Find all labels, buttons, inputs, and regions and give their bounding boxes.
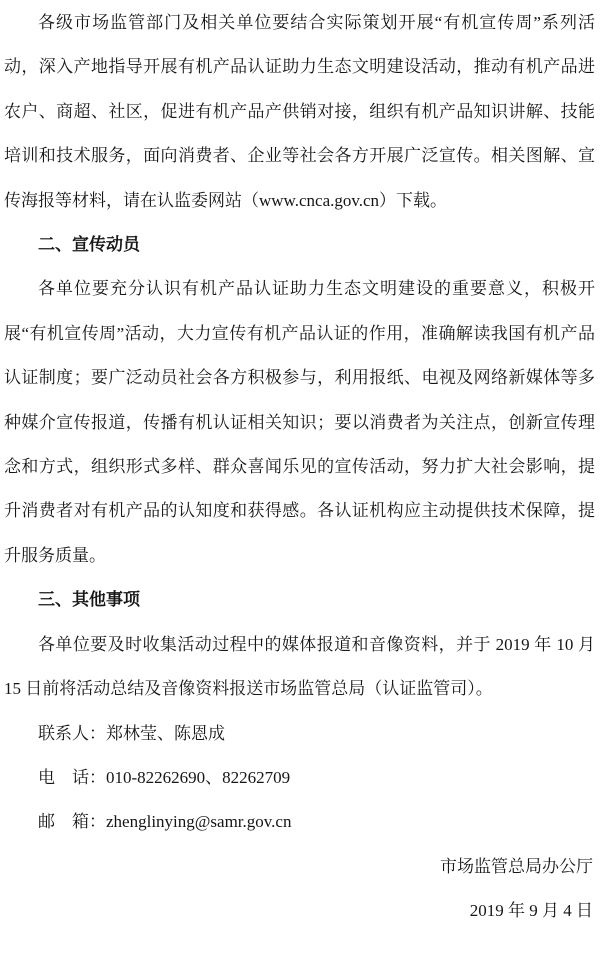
signature-organization: 市场监管总局办公厅 xyxy=(4,845,595,889)
section-2-body: 各单位要充分认识有机产品认证助力生态文明建设的重要意义，积极开展“有机宣传周”活… xyxy=(4,267,595,578)
notice-document-page: 各级市场监管部门及相关单位要结合实际策划开展“有机宣传周”系列活动，深入产地指导… xyxy=(0,0,600,970)
contact-email-line: 邮 箱：zhenglinying@samr.gov.cn xyxy=(4,800,595,844)
section-2-heading: 二、宣传动员 xyxy=(4,223,595,267)
signature-date: 2019 年 9 月 4 日 xyxy=(4,889,595,933)
section-3-heading: 三、其他事项 xyxy=(4,578,595,622)
paragraph-implementation: 各级市场监管部门及相关单位要结合实际策划开展“有机宣传周”系列活动，深入产地指导… xyxy=(4,1,595,223)
section-3-body: 各单位要及时收集活动过程中的媒体报道和音像资料，并于 2019 年 10 月 1… xyxy=(4,623,595,712)
contact-person-line: 联系人：郑林莹、陈恩成 xyxy=(4,712,595,756)
contact-phone-line: 电 话：010-82262690、82262709 xyxy=(4,756,595,800)
